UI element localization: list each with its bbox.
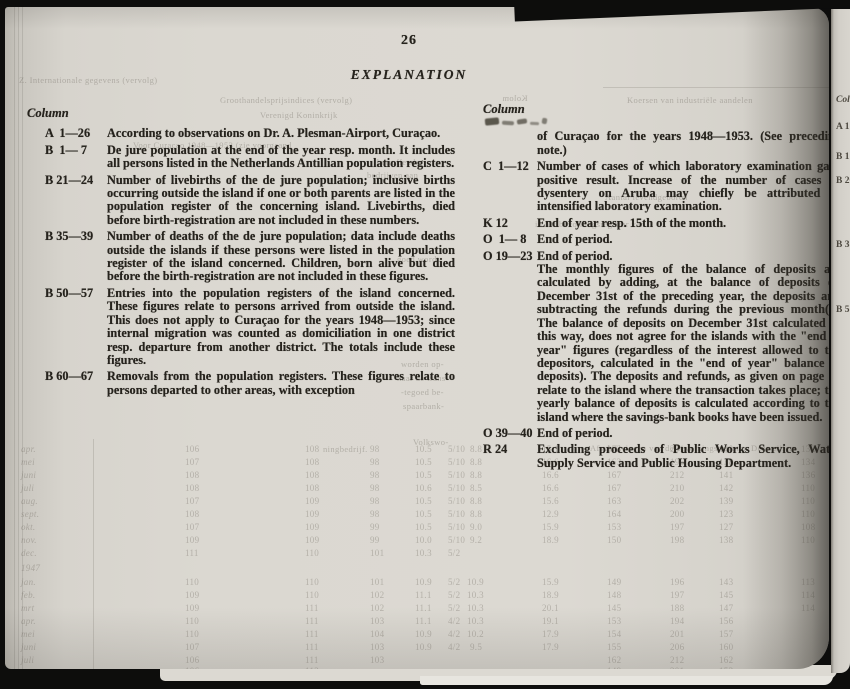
ghost-number: 139: [719, 496, 733, 506]
explanation-entry: B 60—67 Removals from the population reg…: [27, 370, 457, 397]
ghost-number: 103: [370, 642, 384, 652]
ghost-text: Kolom: [502, 93, 528, 103]
ghost-number: 188: [670, 603, 684, 613]
ghost-number: 110: [801, 483, 815, 493]
ghost-number: 5/10: [448, 470, 465, 480]
ghost-number: 147: [719, 603, 733, 613]
ghost-number: 164: [607, 509, 621, 519]
ghost-number: 99: [370, 535, 380, 545]
ghost-number: 108: [305, 470, 319, 480]
ghost-number: 10.2: [467, 629, 484, 639]
ghost-number: 10.9: [415, 642, 432, 652]
next-page-code: B 5: [836, 305, 849, 315]
ghost-number: 153: [607, 522, 621, 532]
ghost-number: 5/2: [448, 548, 460, 558]
ghost-number: 104: [370, 629, 384, 639]
ghost-number: 153: [719, 666, 733, 669]
ghost-number: 212: [670, 655, 684, 665]
ghost-number: 109: [305, 496, 319, 506]
ghost-number: 5/2: [448, 577, 460, 587]
ghost-number: 98: [370, 496, 380, 506]
ghost-text: Groothandelsprijsindices (vervolg): [220, 95, 352, 105]
ghost-number: 127: [719, 522, 733, 532]
ghost-number: 160: [719, 642, 733, 652]
ghost-number: 10.3: [467, 603, 484, 613]
ghost-number: 114: [801, 590, 815, 600]
entry-code: K 12: [483, 217, 537, 230]
ghost-number: 108: [185, 470, 199, 480]
ghost-number: 9.2: [470, 535, 482, 545]
entry-code: B 35—39: [45, 230, 107, 284]
ghost-number: 5/10: [448, 444, 465, 454]
entry-text: Number of deaths of the de jure populati…: [107, 230, 455, 284]
ghost-number: 200: [670, 509, 684, 519]
ghost-number: 103: [370, 655, 384, 665]
ghost-number: 112: [305, 666, 319, 669]
book-scan: Z. Internationale gegevens (vervolg)Groo…: [0, 0, 850, 689]
explanation-entry: B 35—39 Number of deaths of the de jure …: [27, 230, 457, 284]
ink-smudge: [485, 117, 549, 128]
ghost-number: 8.8: [470, 509, 482, 519]
ghost-number: 4/2: [448, 629, 460, 639]
ghost-number: 156: [719, 616, 733, 626]
ghost-number: 111: [185, 548, 199, 558]
left-column-header: Column: [27, 107, 457, 120]
ghost-number: 149: [607, 666, 621, 669]
ghost-number: 111: [305, 642, 319, 652]
ghost-number: 10.9: [467, 577, 484, 587]
ghost-number: 110: [305, 590, 319, 600]
explanation-entry: B 50—57 Entries into the population regi…: [27, 287, 457, 367]
right-column: Column of Curaçao for the years 1948—195…: [483, 103, 829, 473]
ghost-text: spaarbank-: [403, 401, 444, 411]
ghost-number: 10.9: [415, 577, 432, 587]
explanation-entry: B 21—24 Number of livebirths of the de j…: [27, 174, 457, 228]
ghost-number: 109: [305, 509, 319, 519]
entry-code: C 1—12: [483, 160, 537, 214]
entry-code: O 1— 8: [483, 233, 537, 246]
ghost-number: 98: [370, 483, 380, 493]
explanation-entry: O 19—23 End of period. The monthly figur…: [483, 250, 829, 424]
ghost-number: 15.9: [542, 577, 559, 587]
ghost-number: 10.3: [415, 548, 432, 558]
entry-text: Excluding proceeds of Public Works Servi…: [537, 443, 829, 470]
ghost-number: 109: [185, 603, 199, 613]
page-stack-edge-inner: [420, 676, 833, 685]
ghost-number: 15.9: [542, 522, 559, 532]
ghost-number: 18.9: [542, 535, 559, 545]
ghost-number: 113: [801, 577, 815, 587]
page-number: 26: [5, 33, 813, 49]
ghost-number: 111: [305, 655, 319, 665]
next-page-code: B 1: [836, 152, 849, 162]
ghost-number: 10.3: [467, 616, 484, 626]
ghost-number: 11.1: [415, 603, 432, 613]
ghost-number: 109: [305, 522, 319, 532]
ghost-number: 10.0: [415, 535, 432, 545]
ghost-number: 110: [185, 577, 199, 587]
ghost-number: 202: [670, 496, 684, 506]
ghost-number: 98: [370, 509, 380, 519]
ghost-number: 15.6: [542, 496, 559, 506]
entry-text: Removals from the population registers. …: [107, 370, 455, 397]
ghost-number: 16.6: [542, 483, 559, 493]
entry-text: Entries into the population registers of…: [107, 287, 455, 367]
ghost-number: 5/10: [448, 496, 465, 506]
ghost-number: 8.8: [470, 457, 482, 467]
entry-text: End of period.: [537, 233, 829, 246]
explanation-entry: A 1—26 According to observations on Dr. …: [27, 127, 457, 140]
next-page-code: B 20: [836, 176, 850, 186]
ghost-number: 110: [305, 577, 319, 587]
ghost-number: 155: [607, 642, 621, 652]
ghost-number: 110: [185, 629, 199, 639]
ghost-number: 163: [607, 496, 621, 506]
ghost-number: 8.8: [470, 470, 482, 480]
ghost-number: 8.5: [470, 483, 482, 493]
entry-code: [483, 130, 537, 157]
ghost-number: 145: [607, 603, 621, 613]
ghost-number: 110: [801, 509, 815, 519]
ghost-number: 107: [185, 457, 199, 467]
explanation-entry: B 1— 7 De jure population at the end of …: [27, 144, 457, 171]
ghost-number: 10.5: [415, 444, 432, 454]
ghost-number: 110: [185, 616, 199, 626]
ghost-number: 197: [670, 522, 684, 532]
ghost-number: 201: [670, 666, 684, 669]
ghost-number: 162: [607, 655, 621, 665]
explanation-entry: K 12 End of year resp. 15th of the month…: [483, 217, 829, 230]
ghost-number: 10.9: [415, 629, 432, 639]
ghost-number: 107: [185, 642, 199, 652]
next-page-code: A 1: [836, 122, 849, 132]
ghost-text: Volkswo-: [413, 437, 449, 447]
entry-code: A 1—26: [45, 127, 107, 140]
ghost-number: 10.5: [415, 522, 432, 532]
ghost-number: 106: [185, 655, 199, 665]
ghost-number: 194: [670, 616, 684, 626]
ghost-number: 19.1: [542, 616, 559, 626]
ghost-number: 108: [305, 483, 319, 493]
ghost-number: 153: [607, 616, 621, 626]
ghost-number: 12.9: [542, 509, 559, 519]
ghost-number: 149: [607, 577, 621, 587]
ghost-number: 108: [801, 522, 815, 532]
ghost-number: 10.5: [415, 470, 432, 480]
page-heading: EXPLANATION: [5, 67, 813, 83]
ghost-number: 108: [305, 457, 319, 467]
entry-text: End of period.: [537, 250, 829, 263]
explanation-entry: C 1—12 Number of cases of which laborato…: [483, 160, 829, 214]
ghost-number: 206: [670, 642, 684, 652]
ghost-number: 150: [607, 535, 621, 545]
ghost-rule: [93, 439, 94, 669]
ghost-number: 201: [670, 629, 684, 639]
ghost-number: 123: [719, 509, 733, 519]
ghost-number: 9.5: [470, 642, 482, 652]
entry-code: O 39—40: [483, 427, 537, 440]
entry-note: The monthly figures of the balance of de…: [537, 263, 829, 424]
ghost-number: 157: [719, 629, 733, 639]
ghost-number: 9.0: [470, 522, 482, 532]
entry-text: According to observations on Dr. A. Ples…: [107, 127, 455, 140]
entry-text: End of period.: [537, 427, 829, 440]
ghost-number: 20.1: [542, 603, 559, 613]
ghost-number: 111: [305, 629, 319, 639]
ghost-number: 143: [719, 577, 733, 587]
ghost-number: 5/10: [448, 457, 465, 467]
entry-code: R 24: [483, 443, 537, 470]
ghost-number: 110: [305, 548, 319, 558]
ghost-number: 5/10: [448, 483, 465, 493]
ghost-number: 167: [607, 483, 621, 493]
ghost-number: 98: [370, 470, 380, 480]
explanation-entry: of Curaçao for the years 1948—1953. (See…: [483, 130, 829, 157]
ghost-number: 18.9: [542, 590, 559, 600]
binding-crease: [11, 7, 25, 669]
ghost-number: 111: [305, 603, 319, 613]
ghost-text: ningbedrijf.: [323, 444, 368, 454]
ghost-number: 106: [185, 666, 199, 669]
entry-code: O 19—23: [483, 250, 537, 424]
right-column-header: Column: [483, 103, 829, 116]
ghost-number: 98: [370, 457, 380, 467]
ghost-number: 10.5: [415, 496, 432, 506]
ghost-number: 198: [670, 535, 684, 545]
ghost-number: 114: [801, 603, 815, 613]
ghost-number: 109: [185, 590, 199, 600]
ghost-number: 102: [370, 590, 384, 600]
entry-text: Number of livebirths of the de jure popu…: [107, 174, 455, 228]
ghost-number: 11.1: [415, 590, 432, 600]
ghost-rule: [603, 87, 829, 88]
ghost-number: 10.5: [415, 457, 432, 467]
explanation-entry: O 39—40 End of period.: [483, 427, 829, 440]
ghost-number: 99: [370, 522, 380, 532]
ghost-number: 101: [370, 548, 384, 558]
explanation-entry: O 1— 8 End of period.: [483, 233, 829, 246]
next-page-edge: ColumnA 1B 1B 20B 3B 5: [831, 9, 850, 673]
ghost-number: 4/2: [448, 616, 460, 626]
ghost-number: 8.8: [470, 444, 482, 454]
ghost-number: 108: [185, 483, 199, 493]
ghost-number: 148: [607, 590, 621, 600]
entry-text-group: End of period. The monthly figures of th…: [537, 250, 829, 424]
entry-text: of Curaçao for the years 1948—1953. (See…: [537, 130, 829, 157]
ghost-number: 11.1: [415, 616, 432, 626]
ghost-number: 109: [185, 535, 199, 545]
ghost-number: 108: [185, 509, 199, 519]
ghost-number: 98: [370, 444, 380, 454]
ghost-number: 10.3: [467, 590, 484, 600]
ghost-number: 154: [607, 629, 621, 639]
ghost-number: 196: [670, 577, 684, 587]
ghost-number: 162: [719, 655, 733, 665]
ghost-number: 110: [801, 535, 815, 545]
ghost-number: 10.5: [415, 509, 432, 519]
ghost-number: 142: [719, 483, 733, 493]
entry-code: B 1— 7: [45, 144, 107, 171]
left-column: Column A 1—26 According to observations …: [27, 107, 457, 400]
ghost-number: 17.9: [542, 629, 559, 639]
ghost-number: 103: [370, 616, 384, 626]
entry-text: Number of cases of which laboratory exam…: [537, 160, 829, 214]
entry-text: End of year resp. 15th of the month.: [537, 217, 829, 230]
ghost-number: 101: [370, 577, 384, 587]
entry-code: B 21—24: [45, 174, 107, 228]
ghost-number: 5/10: [448, 522, 465, 532]
page: Z. Internationale gegevens (vervolg)Groo…: [5, 7, 829, 669]
ghost-number: 107: [185, 522, 199, 532]
ghost-number: 106: [185, 444, 199, 454]
ghost-number: 5/2: [448, 590, 460, 600]
ghost-number: 102: [370, 603, 384, 613]
entry-code: B 50—57: [45, 287, 107, 367]
ghost-number: 145: [719, 590, 733, 600]
entry-text: De jure population at the end of the yea…: [107, 144, 455, 171]
ghost-number: 8.8: [470, 496, 482, 506]
ghost-number: 197: [670, 590, 684, 600]
ghost-number: 5/2: [448, 603, 460, 613]
explanation-entry: R 24 Excluding proceeds of Public Works …: [483, 443, 829, 470]
ghost-number: 107: [185, 496, 199, 506]
ghost-number: 109: [305, 535, 319, 545]
ghost-number: 5/10: [448, 535, 465, 545]
next-page-header: Column: [836, 95, 850, 105]
ghost-number: 111: [305, 616, 319, 626]
ghost-number: 10.6: [415, 483, 432, 493]
ghost-number: 4/2: [448, 642, 460, 652]
ghost-number: 5/10: [448, 509, 465, 519]
ghost-number: 210: [670, 483, 684, 493]
ghost-number: 110: [801, 496, 815, 506]
ghost-number: 17.9: [542, 642, 559, 652]
ghost-number: 108: [305, 444, 319, 454]
next-page-code: B 3: [836, 240, 849, 250]
ghost-number: 138: [719, 535, 733, 545]
entry-code: B 60—67: [45, 370, 107, 397]
